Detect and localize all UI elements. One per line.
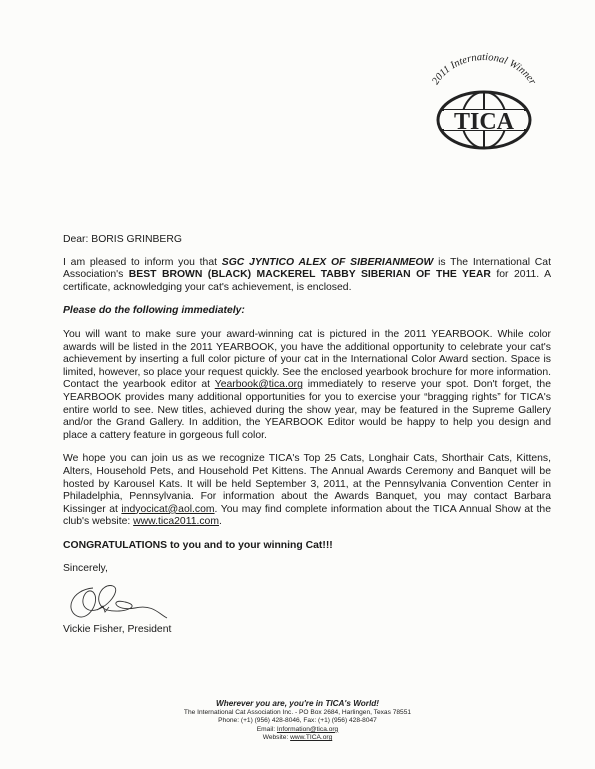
- footer-address: The International Cat Association Inc. -…: [0, 709, 595, 717]
- footer-tagline: Wherever you are, you're in TICA's World…: [0, 699, 595, 709]
- award-title: BEST BROWN (BLACK) MACKEREL TABBY SIBERI…: [129, 269, 491, 280]
- footer: Wherever you are, you're in TICA's World…: [0, 699, 595, 743]
- footer-website-link[interactable]: www.TICA.org: [290, 734, 332, 741]
- letter-body: Dear: BORIS GRINBERG I am pleased to inf…: [63, 234, 551, 648]
- greeting: Dear: BORIS GRINBERG: [63, 234, 551, 247]
- paragraph-yearbook: You will want to make sure your award-wi…: [63, 329, 551, 442]
- tica-logo: 2011 International Winner TICA: [418, 52, 548, 152]
- cat-name: SGC JYNTICO ALEX OF SIBERIANMEOW: [222, 257, 434, 268]
- show-website-link[interactable]: www.tica2011.com: [133, 516, 219, 527]
- letter-page: 2011 International Winner TICA Dear: BOR…: [0, 0, 595, 769]
- paragraph-award: I am pleased to inform you that SGC JYNT…: [63, 257, 551, 295]
- footer-email-line: Email: Information@tica.org: [0, 726, 595, 734]
- section-heading: Please do the following immediately:: [63, 305, 551, 318]
- closing: Sincerely,: [63, 563, 551, 576]
- yearbook-email-link[interactable]: Yearbook@tica.org: [215, 379, 303, 390]
- banquet-email-link[interactable]: indyocicat@aol.com: [121, 504, 214, 515]
- congratulations: CONGRATULATIONS to you and to your winni…: [63, 540, 551, 553]
- footer-website-line: Website: www.TICA.org: [0, 734, 595, 742]
- footer-phone: Phone: (+1) (956) 428-8046, Fax: (+1) (9…: [0, 717, 595, 725]
- paragraph-banquet: We hope you can join us as we recognize …: [63, 453, 551, 529]
- signer-name: Vickie Fisher, President: [63, 624, 551, 637]
- tica-globe-logo-icon: 2011 International Winner TICA: [418, 52, 548, 152]
- signature-icon: [63, 580, 173, 622]
- footer-email-link[interactable]: Information@tica.org: [277, 726, 338, 733]
- svg-text:TICA: TICA: [454, 109, 515, 135]
- svg-text:2011 International Winner: 2011 International Winner: [430, 52, 538, 87]
